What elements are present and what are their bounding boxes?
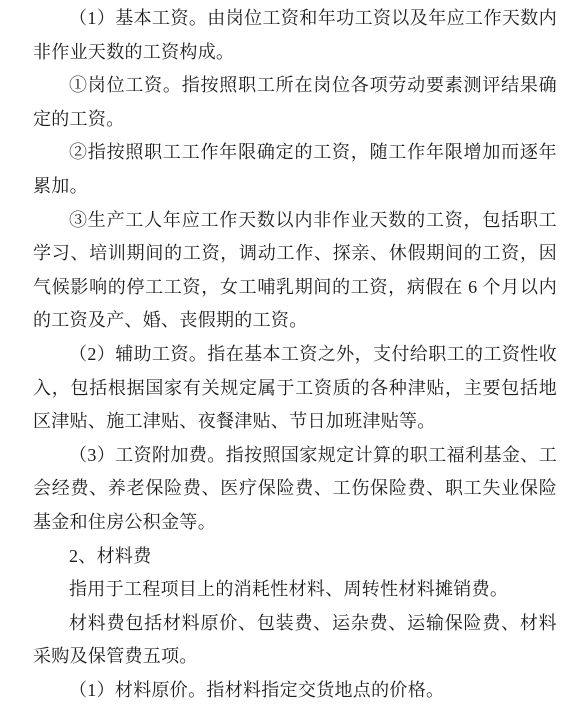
paragraph-nonworking-days-wage: ③生产工人年应工作天数以内非作业天数的工资，包括职工学习、培训期间的工资，调动工… <box>33 204 557 338</box>
paragraph-material-fee-definition: 指用于工程项目上的消耗性材料、周转性材料摊销费。 <box>33 573 557 607</box>
document-page: （1）基本工资。由岗位工资和年功工资以及年应工作天数内非作业天数的工资构成。 ①… <box>0 0 587 714</box>
paragraph-auxiliary-wage: （2）辅助工资。指在基本工资之外，支付给职工的工资性收入，包括根据国家有关规定属… <box>33 338 557 439</box>
heading-material-fee: 2、材料费 <box>33 540 557 574</box>
paragraph-wage-surcharge: （3）工资附加费。指按照国家规定计算的职工福利基金、工会经费、养老保险费、医疗保… <box>33 439 557 540</box>
paragraph-material-fee-components: 材料费包括材料原价、包装费、运杂费、运输保险费、材料采购及保管费五项。 <box>33 607 557 674</box>
paragraph-seniority-wage: ②指按照职工工作年限确定的工资，随工作年限增加而逐年累加。 <box>33 136 557 203</box>
paragraph-basic-wage: （1）基本工资。由岗位工资和年功工资以及年应工作天数内非作业天数的工资构成。 <box>33 2 557 69</box>
paragraph-post-wage: ①岗位工资。指按照职工所在岗位各项劳动要素测评结果确定的工资。 <box>33 69 557 136</box>
paragraph-material-original-price: （1）材料原价。指材料指定交货地点的价格。 <box>33 674 557 708</box>
